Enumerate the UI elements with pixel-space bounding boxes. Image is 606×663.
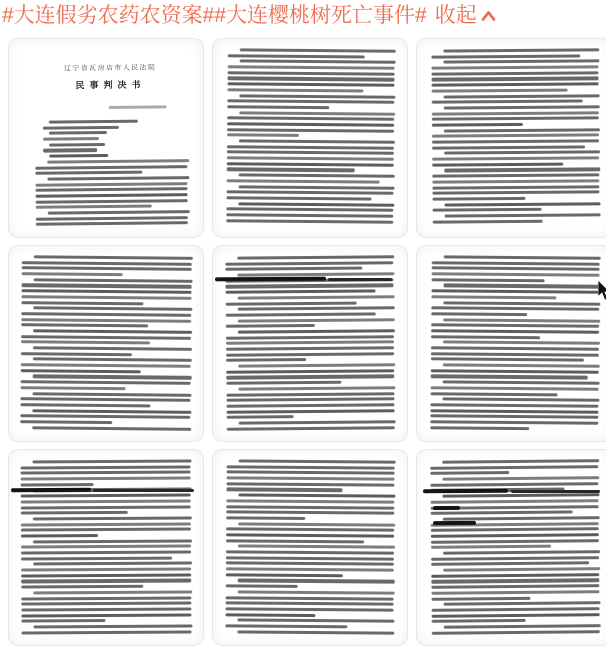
document-text-blur [20,459,191,634]
document-photo-1[interactable]: 辽宁省瓦房店市人民法院民事判决书 [8,38,204,238]
document-text-blur [431,48,599,223]
document-paper [212,38,408,238]
collapse-button[interactable]: 收起 [435,1,497,31]
document-photo-3[interactable] [416,38,606,238]
chevron-up-icon [480,9,497,23]
marker-highlight [433,506,460,511]
document-text-blur [225,255,395,430]
document-paper [8,245,204,442]
document-paper [212,245,408,442]
document-text-blur [430,255,600,430]
court-name: 辽宁省瓦房店市人民法院 [34,48,186,73]
bold-text-blur [511,490,600,494]
document-photo-7[interactable] [8,449,204,646]
topic-header: #大连假劣农药农资案##大连樱桃树死亡事件#收起 [2,1,497,33]
document-image-grid: 辽宁省瓦房店市人民法院民事判决书 [8,38,606,646]
topic-hashtags-link[interactable]: #大连假劣农药农资案##大连樱桃树死亡事件# [2,4,427,27]
mouse-cursor [598,280,606,301]
document-text-blur [430,459,600,634]
document-photo-4[interactable] [8,245,204,442]
marker-highlight [433,521,476,526]
document-text-blur [35,119,188,226]
bold-text-blur [93,489,194,493]
document-paper [416,38,606,238]
bold-text-blur [328,278,392,282]
document-text-blur [20,255,192,430]
document-paper [8,449,203,645]
document-photo-8[interactable] [212,449,408,646]
document-photo-6[interactable] [416,245,606,442]
document-text-blur [225,459,394,634]
document-photo-2[interactable] [212,38,408,238]
case-number-blur [109,105,167,109]
document-text-blur [226,48,395,223]
document-header: 辽宁省瓦房店市人民法院民事判决书 [34,48,187,110]
document-photo-9[interactable] [416,449,606,646]
document-paper [212,449,408,646]
collapse-label: 收起 [435,4,477,27]
document-type: 民事判决书 [34,77,186,92]
document-photo-5[interactable] [212,245,408,442]
document-paper: 辽宁省瓦房店市人民法院民事判决书 [8,38,204,238]
document-paper [416,449,606,646]
document-paper [416,245,606,442]
